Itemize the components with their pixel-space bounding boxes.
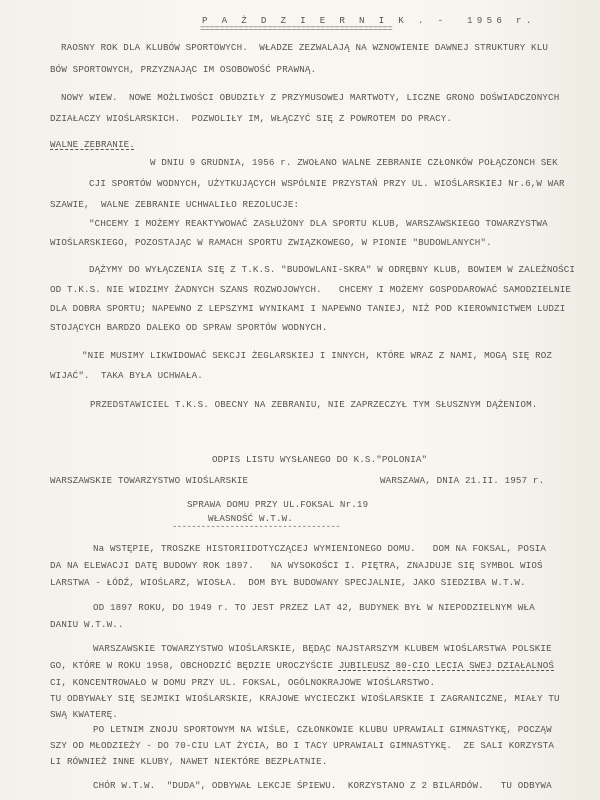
paragraph-line: GO, KTÓRE W ROKU 1958, OBCHODZIĆ BĘDZIE …	[50, 660, 554, 671]
paragraph-line: WARSZAWSKIE TOWARZYSTWO WIOŚLARSKIE, BĘD…	[93, 643, 552, 654]
paragraph-line: DZIAŁACZY WIOŚLARSKICH. POZWOLIŁY IM, WŁ…	[50, 113, 452, 124]
paragraph-line: CI, KONCENTROWAŁO W DOMU PRZY UL. FOKSAL…	[50, 677, 435, 688]
paragraph-line: DĄŻYMY DO WYŁĄCZENIA SIĘ Z T.K.S. "BUDOW…	[89, 264, 575, 275]
paragraph-line: CHÓR W.T.W. "DUDA", ODBYWAŁ LEKCJE ŚPIEW…	[93, 780, 552, 791]
paragraph-line: BÓW SPORTOWYCH, PRZYZNAJĄC IM OSOBOWOŚĆ …	[50, 64, 316, 75]
paragraph-line: OD 1897 ROKU, DO 1949 r. TO JEST PRZEZ L…	[93, 602, 535, 613]
paragraph-line: STOJĄCYCH BARDZO DALEKO OD SPRAW SPORTÓW…	[50, 322, 328, 333]
paragraph-line: WIJAĆ". TAKA BYŁA UCHWAŁA.	[50, 370, 203, 381]
paragraph-line: PO LETNIM ZNOJU SPORTOWYM NA WIŚLE, CZŁO…	[93, 724, 552, 735]
paragraph-line: SZAWIE, WALNE ZEBRANIE UCHWALIŁO REZOLUC…	[50, 199, 299, 210]
resolution-quote-line: WIOŚLARSKIEGO, POZOSTAJĄC W RAMACH SPORT…	[50, 237, 492, 248]
paragraph-line: SZY OD MŁODZIEŻY - DO 70-CIU LAT ŻYCIA, …	[50, 740, 554, 751]
paragraph-line: CJI SPORTÓW WODNYCH, UŻYTKUJĄCYCH WSPÓLN…	[89, 178, 565, 189]
paragraph-line: OD T.K.S. NIE WIDZIMY ŻADNYCH SZANS ROZW…	[50, 284, 571, 295]
resolution-quote-line: "CHCEMY I MOŻEMY REAKTYWOWAĆ ZASŁUŻONY D…	[89, 218, 548, 229]
paragraph-line: DA NA ELEWACJI DATĘ BUDOWY ROK 1897. NA …	[50, 560, 543, 571]
paragraph-line: LARSTWA - ŁÓDŹ, WIOŚLARZ, WIOSŁA. DOM BY…	[50, 577, 526, 588]
typewritten-page: P A Ż D Z I E R N I K . - 1956 r. ======…	[0, 0, 600, 800]
letter-sender: WARSZAWSKIE TOWARZYSTWO WIOŚLARSKIE	[50, 475, 248, 486]
title-rule: ========================================	[200, 24, 392, 34]
paragraph-line: LI RÓWNIEŻ INNE KLUBY, NAWET NIEKTÓRE BE…	[50, 756, 328, 767]
paragraph-line: "NIE MUSIMY LIKWIDOWAĆ SEKCJI ŻEGLARSKIE…	[82, 350, 552, 361]
paragraph-line: SWĄ KWATERĘ.	[50, 709, 118, 720]
paragraph-line: TU ODBYWAŁY SIĘ SEJMIKI WIOŚLARSKIE, KRA…	[50, 693, 560, 704]
section-heading-walne-zebranie: WALNE ZEBRANIE.	[50, 139, 135, 150]
paragraph-line: W DNIU 9 GRUDNIA, 1956 r. ZWOŁANO WALNE …	[150, 157, 558, 168]
paragraph-line: DLA DOBRA SPORTU; NAPEWNO Z LEPSZYMI WYN…	[50, 303, 565, 314]
letter-place-date: WARSZAWA, DNIA 21.II. 1957 r.	[380, 475, 544, 486]
subject-rule: -----------------------------------	[172, 522, 340, 532]
line-text: GO, KTÓRE W ROKU 1958, OBCHODZIĆ BĘDZIE …	[50, 660, 339, 671]
letter-heading: ODPIS LISTU WYSŁANEGO DO K.S."POLONIA"	[212, 454, 427, 465]
jubilee-underline: JUBILEUSZ 80-CIO LECIA SWEJ DZIAŁALNOŚ	[339, 660, 554, 671]
paragraph-line: Na WSTĘPIE, TROSZKE HISTORIIDOTYCZĄCEJ W…	[93, 543, 546, 554]
paragraph-line: NOWY WIEW. NOWE MOŻLIWOŚCI OBUDZIŁY Z PR…	[61, 92, 559, 103]
paragraph-line: RAOSNY ROK DLA KLUBÓW SPORTOWYCH. WŁADZE…	[61, 42, 548, 53]
letter-subject-line: SPRAWA DOMU PRZY UL.FOKSAL Nr.19	[187, 499, 368, 510]
paragraph-line: DANIU W.T.W..	[50, 619, 124, 630]
paragraph-line: PRZEDSTAWICIEL T.K.S. OBECNY NA ZEBRANIU…	[90, 399, 537, 410]
